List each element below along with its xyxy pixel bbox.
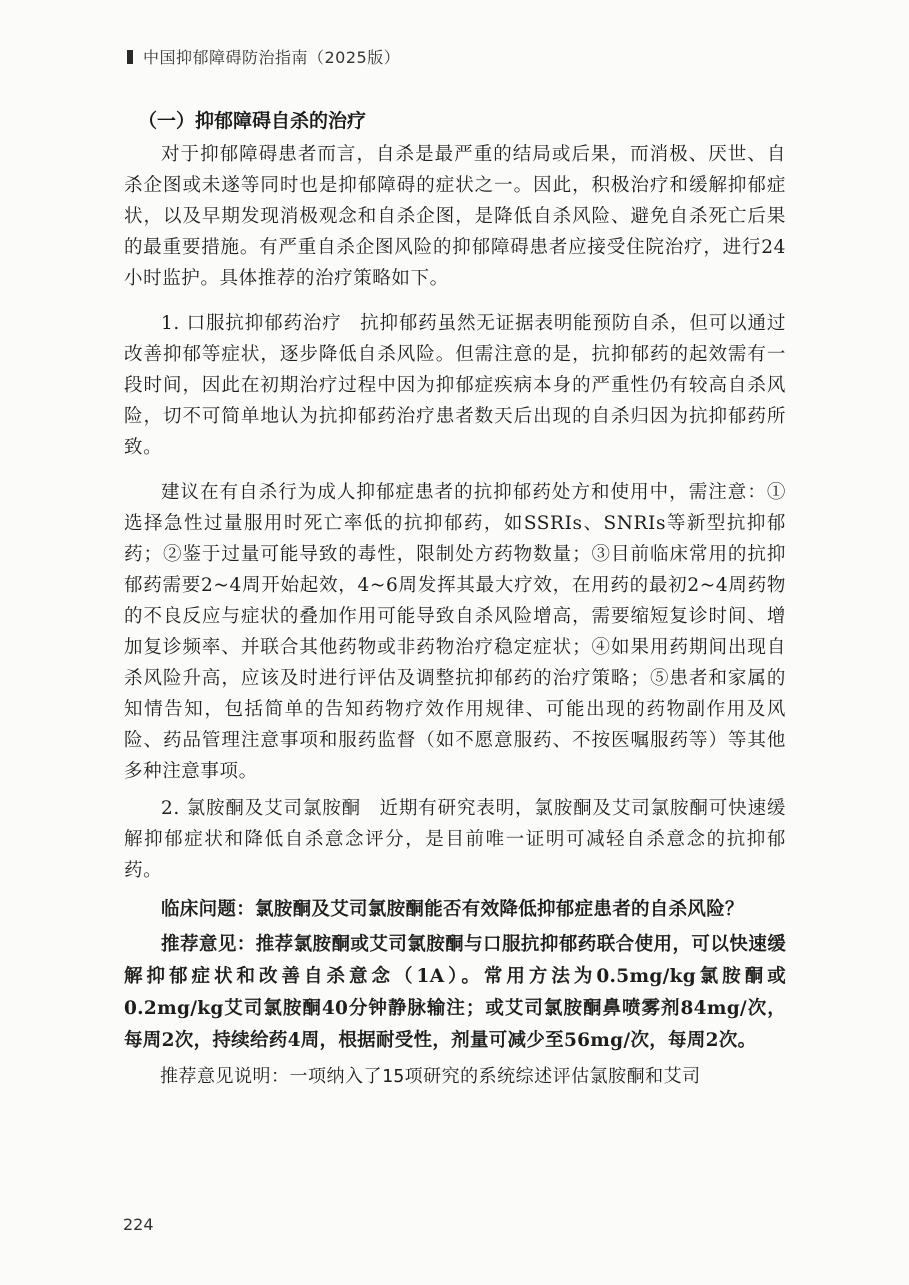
running-header: 中国抑郁障碍防治指南（2025版）	[127, 45, 400, 68]
document-page: 中国抑郁障碍防治指南（2025版） （一）抑郁障碍自杀的治疗 对于抑郁障碍患者而…	[0, 0, 909, 1285]
item-1-title: 1. 口服抗抑郁药治疗	[161, 313, 342, 334]
page-number: 224	[123, 1215, 154, 1234]
section-heading: （一）抑郁障碍自杀的治疗	[138, 103, 786, 139]
item-1-paragraph: 1. 口服抗抑郁药治疗抗抑郁药虽然无证据表明能预防自杀，但可以通过改善抑郁等症状…	[124, 308, 786, 463]
intro-paragraph: 对于抑郁障碍患者而言，自杀是最严重的结局或后果，而消极、厌世、自杀企图或未遂等同…	[124, 139, 786, 294]
book-title: 中国抑郁障碍防治指南（2025版）	[143, 45, 400, 68]
item-1-text: 抗抑郁药虽然无证据表明能预防自杀，但可以通过改善抑郁等症状，逐步降低自杀风险。但…	[124, 313, 786, 458]
item-2-paragraph: 2. 氯胺酮及艾司氯胺酮近期有研究表明，氯胺酮及艾司氯胺酮可快速缓解抑郁症状和降…	[124, 793, 786, 886]
clinical-question: 临床问题：氯胺酮及艾司氯胺酮能否有效降低抑郁症患者的自杀风险？	[124, 894, 786, 925]
item-2-title: 2. 氯胺酮及艾司氯胺酮	[161, 798, 361, 819]
advice-paragraph: 建议在有自杀行为成人抑郁症患者的抗抑郁药处方和使用中，需注意：①选择急性过量服用…	[124, 477, 786, 787]
recommendation: 推荐意见：推荐氯胺酮或艾司氯胺酮与口服抗抑郁药联合使用，可以快速缓解抑郁症状和改…	[124, 929, 786, 1057]
page-content: （一）抑郁障碍自杀的治疗 对于抑郁障碍患者而言，自杀是最严重的结局或后果，而消极…	[124, 103, 786, 1092]
black-bar-marker-icon	[127, 50, 133, 64]
recommendation-note: 推荐意见说明：一项纳入了15项研究的系统综述评估氯胺酮和艾司	[124, 1061, 786, 1092]
